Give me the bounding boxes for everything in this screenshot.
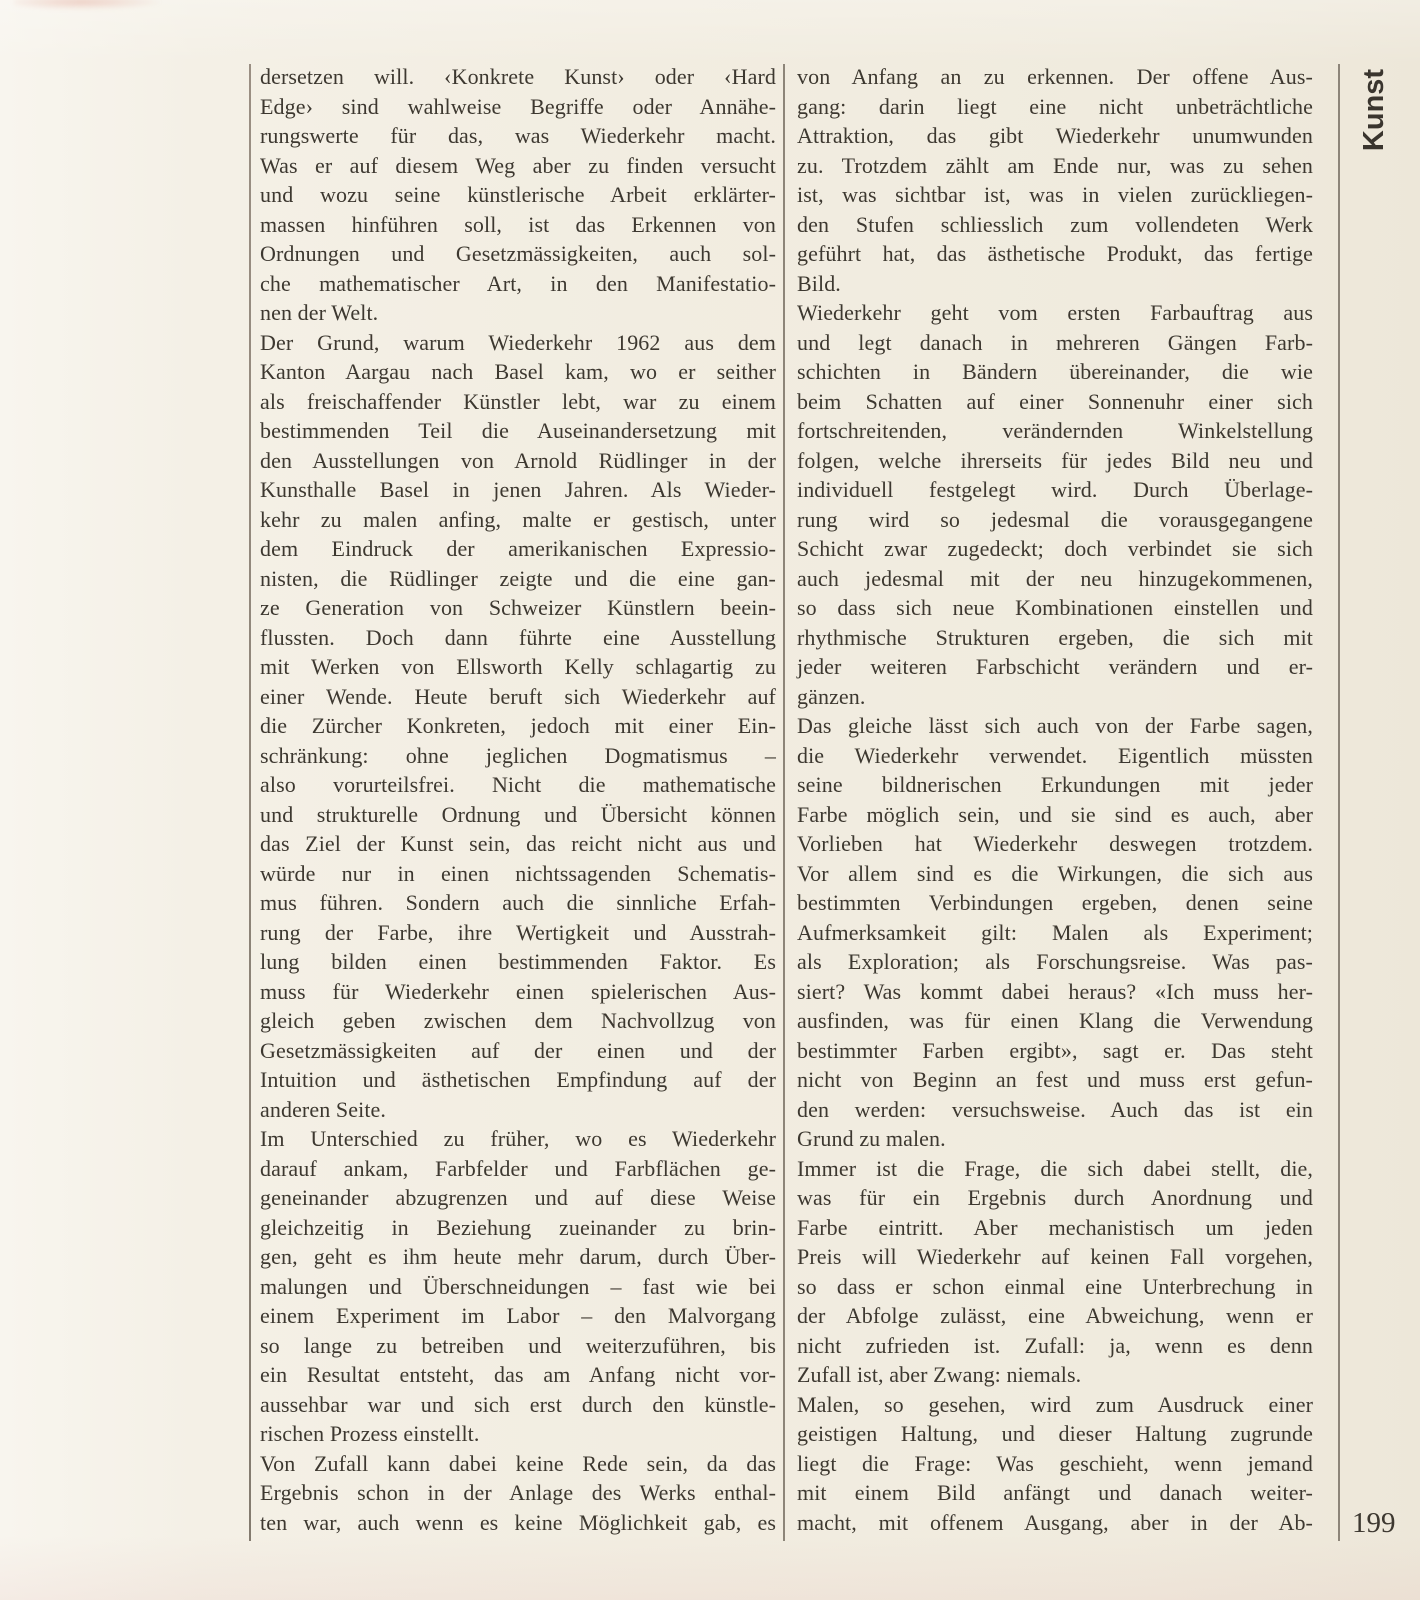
page-number: 199 [1352,1508,1396,1538]
text-line: ausfinden, was für einen Klang die Verwe… [797,1006,1313,1036]
text-line: geistigen Haltung, und dieser Haltung zu… [797,1419,1313,1449]
text-line: schichten in Bändern übereinander, die w… [797,357,1313,387]
text-line: macht, mit offenem Ausgang, aber in der … [797,1508,1313,1538]
text-line: gleich geben zwischen dem Nachvollzug vo… [260,1006,776,1036]
text-line: kehr zu malen anfing, malte er gestisch,… [260,505,776,535]
text-line: geführt hat, das ästhetische Produkt, da… [797,239,1313,269]
text-line: geneinander abzugrenzen und auf diese We… [260,1183,776,1213]
text-line: Schicht zwar zugedeckt; doch verbindet s… [797,534,1313,564]
text-line: mus führen. Sondern auch die sinnliche E… [260,888,776,918]
text-line: nen der Welt. [260,298,776,328]
text-line: rung wird so jedesmal die vorausgegangen… [797,505,1313,535]
text-line: rischen Prozess einstellt. [260,1419,776,1449]
text-line: so dass sich neue Kombinationen einstell… [797,593,1313,623]
text-line: Malen, so gesehen, wird zum Ausdruck ein… [797,1390,1313,1420]
text-line: auch jedesmal mit der neu hinzugekommene… [797,564,1313,594]
text-line: fortschreitenden, verändernden Winkelste… [797,416,1313,446]
text-line: jeder weiteren Farbschicht verändern und… [797,652,1313,682]
text-line: Vor allem sind es die Wirkungen, die sic… [797,859,1313,889]
text-line: rhythmische Strukturen ergeben, die sich… [797,623,1313,653]
text-line: und strukturelle Ordnung und Übersicht k… [260,800,776,830]
text-line: den werden: versuchsweise. Auch das ist … [797,1095,1313,1125]
text-line: die Wiederkehr verwendet. Eigentlich müs… [797,741,1313,771]
text-line: individuell festgelegt wird. Durch Überl… [797,475,1313,505]
text-line: das Ziel der Kunst sein, das reicht nich… [260,829,776,859]
text-line: Zufall ist, aber Zwang: niemals. [797,1360,1313,1390]
text-line: Intuition und ästhetischen Empfindung au… [260,1065,776,1095]
text-line: ze Generation von Schweizer Künstlern be… [260,593,776,623]
text-line: so dass er schon einmal eine Unterbrechu… [797,1272,1313,1302]
text-line: als Exploration; als Forschungsreise. Wa… [797,947,1313,977]
text-line: gleichzeitig in Beziehung zueinander zu … [260,1213,776,1243]
text-line: und legt danach in mehreren Gängen Farb- [797,328,1313,358]
text-line: Kunsthalle Basel in jenen Jahren. Als Wi… [260,475,776,505]
text-line: darauf ankam, Farbfelder und Farbflächen… [260,1154,776,1184]
text-line: muss für Wiederkehr einen spielerischen … [260,977,776,1007]
text-line: malungen und Überschneidungen – fast wie… [260,1272,776,1302]
text-line: seine bildnerischen Erkundungen mit jede… [797,770,1313,800]
text-line: Aufmerksamkeit gilt: Malen als Experimen… [797,918,1313,948]
text-line: gang: darin liegt eine nicht unbeträchtl… [797,92,1313,122]
text-line: Ordnungen und Gesetzmässigkeiten, auch s… [260,239,776,269]
text-line: Gesetzmässigkeiten auf der einen und der [260,1036,776,1066]
text-line: siert? Was kommt dabei heraus? «Ich muss… [797,977,1313,1007]
scan-artifact-red-smudge [14,0,164,10]
text-line: rung der Farbe, ihre Wertigkeit und Auss… [260,918,776,948]
text-line: zu. Trotzdem zählt am Ende nur, was zu s… [797,151,1313,181]
text-line: nicht von Beginn an fest und muss erst g… [797,1065,1313,1095]
text-line: ist, was sichtbar ist, was in vielen zur… [797,180,1313,210]
text-line: liegt die Frage: Was geschieht, wenn jem… [797,1449,1313,1479]
text-line: was für ein Ergebnis durch Anordnung und [797,1183,1313,1213]
text-line: bestimmter Farben ergibt», sagt er. Das … [797,1036,1313,1066]
text-line: von Anfang an zu erkennen. Der offene Au… [797,62,1313,92]
text-line: Kanton Aargau nach Basel kam, wo er seit… [260,357,776,387]
text-line: gänzen. [797,682,1313,712]
text-line: nicht zufrieden ist. Zufall: ja, wenn es… [797,1331,1313,1361]
text-line: so lange zu betreiben und weiterzuführen… [260,1331,776,1361]
text-line: bestimmten Verbindungen ergeben, denen s… [797,888,1313,918]
text-line: dem Eindruck der amerikanischen Expressi… [260,534,776,564]
text-line: nisten, die Rüdlinger zeigte und die ein… [260,564,776,594]
text-line: als freischaffender Künstler lebt, war z… [260,387,776,417]
text-line: Attraktion, das gibt Wiederkehr unumwund… [797,121,1313,151]
scanned-magazine-page: dersetzen will. ‹Konkrete Kunst› oder ‹H… [0,0,1420,1600]
text-line: der Abfolge zulässt, eine Abweichung, we… [797,1301,1313,1331]
text-line: Farbe eintritt. Aber mechanistisch um je… [797,1213,1313,1243]
text-line: bestimmenden Teil die Auseinandersetzung… [260,416,776,446]
text-line: einem Experiment im Labor – den Malvorga… [260,1301,776,1331]
text-line: massen hinführen soll, ist das Erkennen … [260,210,776,240]
text-line: den Stufen schliesslich zum vollendeten … [797,210,1313,240]
text-line: Der Grund, warum Wiederkehr 1962 aus dem [260,328,776,358]
text-line: Grund zu malen. [797,1124,1313,1154]
text-line: Edge› sind wahlweise Begriffe oder Annäh… [260,92,776,122]
text-line: Preis will Wiederkehr auf keinen Fall vo… [797,1242,1313,1272]
text-line: gen, geht es ihm heute mehr darum, durch… [260,1242,776,1272]
text-line: flussten. Doch dann führte eine Ausstell… [260,623,776,653]
text-line: würde nur in einen nichtssagenden Schema… [260,859,776,889]
text-line: Bild. [797,269,1313,299]
article-column-right: von Anfang an zu erkennen. Der offene Au… [797,62,1313,1537]
text-line: folgen, welche ihrerseits für jedes Bild… [797,446,1313,476]
text-line: dersetzen will. ‹Konkrete Kunst› oder ‹H… [260,62,776,92]
text-line: mit Werken von Ellsworth Kelly schlagart… [260,652,776,682]
article-column-left: dersetzen will. ‹Konkrete Kunst› oder ‹H… [260,62,776,1537]
margin-divider-rule [1338,64,1340,1541]
text-line: den Ausstellungen von Arnold Rüdlinger i… [260,446,776,476]
text-line: ein Resultat entsteht, das am Anfang nic… [260,1360,776,1390]
text-line: Wiederkehr geht vom ersten Farbauftrag a… [797,298,1313,328]
text-line: ten war, auch wenn es keine Möglichkeit … [260,1508,776,1538]
section-label-kunst: Kunst [1359,64,1389,156]
text-line: einer Wende. Heute beruft sich Wiederkeh… [260,682,776,712]
text-line: Von Zufall kann dabei keine Rede sein, d… [260,1449,776,1479]
text-line: che mathematischer Art, in den Manifesta… [260,269,776,299]
text-line: und wozu seine künstlerische Arbeit erkl… [260,180,776,210]
text-line: mit einem Bild anfängt und danach weiter… [797,1478,1313,1508]
text-line: aussehbar war und sich erst durch den kü… [260,1390,776,1420]
text-line: Im Unterschied zu früher, wo es Wiederke… [260,1124,776,1154]
text-line: Das gleiche lässt sich auch von der Farb… [797,711,1313,741]
text-line: also vorurteilsfrei. Nicht die mathemati… [260,770,776,800]
text-line: die Zürcher Konkreten, jedoch mit einer … [260,711,776,741]
text-line: Was er auf diesem Weg aber zu finden ver… [260,151,776,181]
text-line: Ergebnis schon in der Anlage des Werks e… [260,1478,776,1508]
text-block-left-rule [249,64,251,1541]
text-line: anderen Seite. [260,1095,776,1125]
text-line: Immer ist die Frage, die sich dabei stel… [797,1154,1313,1184]
text-line: Vorlieben hat Wiederkehr deswegen trotzd… [797,829,1313,859]
text-line: lung bilden einen bestimmenden Faktor. E… [260,947,776,977]
text-line: Farbe möglich sein, und sie sind es auch… [797,800,1313,830]
text-line: schränkung: ohne jeglichen Dogmatismus – [260,741,776,771]
text-line: rungswerte für das, was Wiederkehr macht… [260,121,776,151]
column-divider-rule [783,64,785,1541]
text-line: beim Schatten auf einer Sonnenuhr einer … [797,387,1313,417]
